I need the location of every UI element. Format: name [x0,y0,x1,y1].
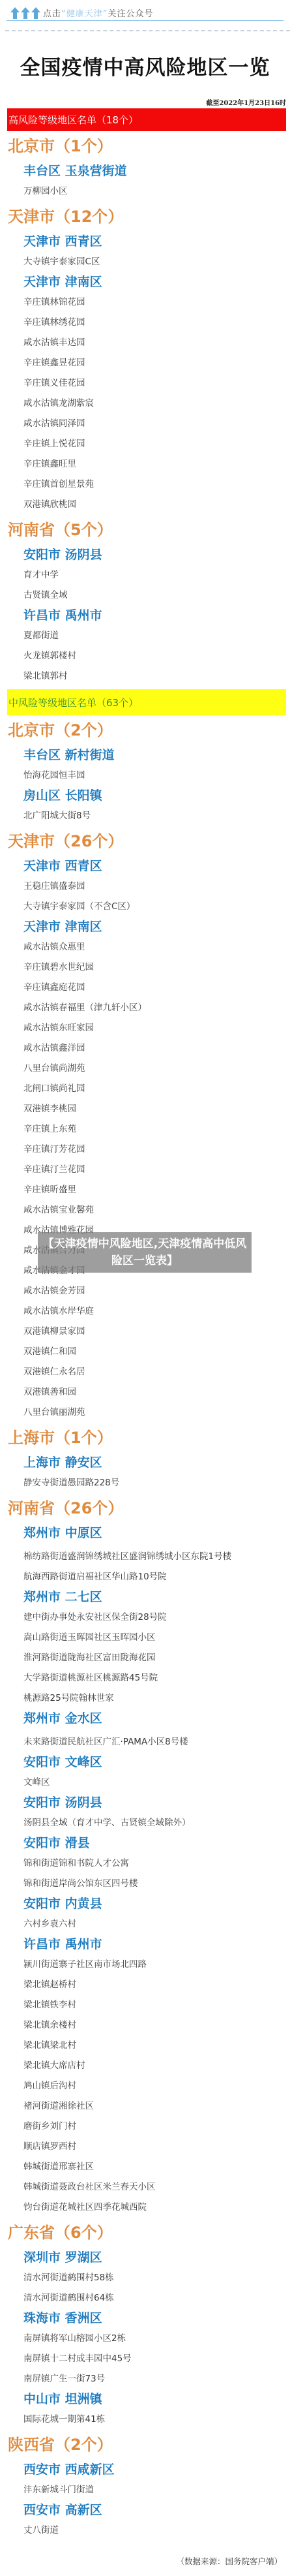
list-item: 夏都街道 [0,626,290,646]
district-heading: 西安市 高新区 [0,2500,290,2521]
arrow-up-icon [31,7,40,19]
province-heading: 河南省（26个） [0,1493,290,1523]
list-item: 辛庄镇鑫旺里 [0,454,290,474]
list-item: 棉纺路街道盛润锦绣城社区盛润锦绣城小区东院1号楼 [0,1544,290,1567]
district-heading: 天津市 西青区 [0,856,290,877]
list-item: 南屏镇将军山榕园小区2栋 [0,2329,290,2349]
district-heading: 安阳市 内黄县 [0,1894,290,1914]
list-item: 辛庄镇林锦花园 [0,292,290,313]
district-heading: 安阳市 滑县 [0,1833,290,1854]
district-heading: 丰台区 新村街道 [0,745,290,766]
district-heading: 上海市 静安区 [0,1453,290,1473]
caption-overlay: 【天津疫情中风险地区,天津疫情高中低风险区一览表】 [38,1232,252,1273]
list-item: 大寺镇宇泰家园C区 [0,252,290,272]
district-heading: 郑州市 二七区 [0,1587,290,1607]
province-heading: 上海市（1个） [0,1423,290,1453]
list-item: 古贤镇全域 [0,585,290,606]
mid-risk-banner: 中风险等级地区名单（63个） [7,689,286,715]
list-item: 辛庄镇汀兰花园 [0,1160,290,1180]
list-item: 万柳园小区 [0,181,290,202]
list-item: 大寺镇宇泰家园（不含C区） [0,897,290,917]
province-heading: 河南省（5个） [0,515,290,545]
mid-risk-section: 中风险等级地区名单（63个） 北京市（2个）丰台区 新村街道怡海花园恒丰园房山区… [0,689,290,2541]
list-item: 南屏镇广生一街73号 [0,2369,290,2389]
list-item: 清水河街道鹤围村64栋 [0,2288,290,2308]
high-risk-banner: 高风险等级地区名单（18个） [7,108,286,131]
list-item: 八里台镇尚湖苑 [0,1059,290,1079]
follow-suffix: 关注公众号 [108,7,154,19]
dashed-divider [5,30,290,31]
list-item: 咸水沽镇春福里（津九轩小区） [0,998,290,1018]
list-item: 咸水沽镇众惠里 [0,937,290,957]
list-item: 双港镇仁和园 [0,1342,290,1362]
list-item: 鸠山镇后沟村 [0,2076,290,2096]
list-item: 辛庄镇鑫昱花园 [0,353,290,373]
district-heading: 郑州市 金水区 [0,1709,290,1729]
list-item: 咸水沽镇丰达园 [0,333,290,353]
list-item: 梁北镇郭村 [0,666,290,687]
data-source-note: （数据来源：国务院客户端） [0,2555,282,2576]
province-heading: 天津市（26个） [0,826,290,856]
district-heading: 许昌市 禹州市 [0,606,290,626]
list-item: 咸水沽镇同泽园 [0,414,290,434]
list-item: 锦和街道岸尚公馆东区四号楼 [0,1874,290,1894]
list-item: 建中街办事处永安社区保全街28号院 [0,1607,290,1628]
district-heading: 丰台区 玉泉营街道 [0,161,290,181]
follow-account-link[interactable]: “健康天津” [61,7,108,19]
list-item: 北广阳城大街8号 [0,806,290,826]
list-item: 咸水沽镇鑫洋园 [0,1038,290,1059]
arrow-up-icon [21,7,30,19]
list-item: 辛庄镇上东苑 [0,1119,290,1140]
list-item: 咸水沽镇金芳园 [0,1281,290,1301]
list-item: 航海西路街道启福社区华山路10号院 [0,1567,290,1587]
district-heading: 中山市 坦洲镇 [0,2389,290,2410]
list-item: 褚河街道湘徐社区 [0,2096,290,2117]
province-heading: 陕西省（2个） [0,2430,290,2460]
list-item: 双港镇仁永名居 [0,1362,290,1382]
list-item: 磨街乡刘门村 [0,2117,290,2137]
list-item: 汤阴县全域（育才中学、古贤镇全域除外） [0,1813,290,1833]
list-item: 顺店镇罗西村 [0,2137,290,2157]
district-heading: 天津市 津南区 [0,917,290,937]
list-item: 咸水沽镇龙湖紫宸 [0,394,290,414]
list-item: 双港镇柳景家园 [0,1322,290,1342]
list-item: 南屏镇十二村成丰园中45号 [0,2349,290,2369]
district-heading: 安阳市 汤阴县 [0,1793,290,1813]
follow-prefix: 点击 [43,7,61,19]
list-item: 辛庄镇汀芳花园 [0,1140,290,1160]
arrow-group [10,7,40,19]
list-item: 双港镇李桃园 [0,1099,290,1119]
list-item: 育才中学 [0,565,290,585]
list-item: 辛庄镇上悦花园 [0,434,290,454]
list-item: 颍川街道寨子社区南市场北四路 [0,1955,290,1975]
list-item: 锦和街道锦和书院人才公寓 [0,1854,290,1874]
list-item: 丈八街道 [0,2521,290,2541]
list-item: 梁北镇铁李村 [0,1995,290,2015]
list-item: 王稳庄镇盛泰园 [0,877,290,897]
arrow-up-icon [10,7,20,19]
as-of-timestamp: 截至2022年1月23日16时 [0,97,286,107]
follow-bar[interactable]: 点击 “健康天津” 关注公众号 [7,0,283,21]
page-title: 全国疫情中高风险地区一览 [0,51,290,80]
list-item: 双港镇欣桃园 [0,495,290,515]
list-item: 梁北镇大席店村 [0,2056,290,2076]
high-risk-section: 高风险等级地区名单（18个） 北京市（1个）丰台区 玉泉营街道万柳园小区天津市（… [0,108,290,687]
list-item: 八里台镇丽湖苑 [0,1403,290,1423]
list-item: 韩城街道邢寨社区 [0,2157,290,2177]
list-item: 六村乡袁六村 [0,1914,290,1934]
list-item: 静安寺街道愚园路228号 [0,1473,290,1493]
list-item: 咸水沽镇水岸华庭 [0,1301,290,1322]
list-item: 淮河路街道陇海社区富田陇海花园 [0,1648,290,1668]
district-heading: 深圳市 罗湖区 [0,2248,290,2268]
list-item: 钧台街道花城社区四季花城西院 [0,2197,290,2218]
district-heading: 天津市 津南区 [0,272,290,292]
list-item: 双港镇善和园 [0,1382,290,1403]
province-heading: 天津市（12个） [0,202,290,232]
list-item: 北闸口镇尚礼园 [0,1079,290,1099]
district-heading: 房山区 长阳镇 [0,786,290,806]
list-item: 怡海花园恒丰园 [0,766,290,786]
district-heading: 天津市 西青区 [0,232,290,252]
district-heading: 安阳市 汤阴县 [0,545,290,565]
list-item: 桃源路25号院翰林世家 [0,1688,290,1709]
list-item: 嵩山路街道玉晖园社区玉晖园小区 [0,1628,290,1648]
list-item: 韩城街道聂政台社区米兰春天小区 [0,2177,290,2197]
list-item: 火龙镇郭楼村 [0,646,290,666]
province-heading: 北京市（2个） [0,715,290,745]
list-item: 辛庄镇碧水世纪园 [0,957,290,978]
list-item: 清水河街道鹤围村58栋 [0,2268,290,2288]
list-item: 梁北镇赵桥村 [0,1975,290,1995]
list-item: 辛庄镇鑫庭花园 [0,978,290,998]
district-heading: 西安市 西咸新区 [0,2460,290,2480]
district-heading: 珠海市 香洲区 [0,2308,290,2329]
province-heading: 广东省（6个） [0,2218,290,2248]
list-item: 辛庄镇首创星景苑 [0,474,290,495]
mid-risk-list: 北京市（2个）丰台区 新村街道怡海花园恒丰园房山区 长阳镇北广阳城大街8号天津市… [0,715,290,2541]
list-item: 大学路街道桃源社区桃源路45号院 [0,1668,290,1688]
list-item: 沣东新城斗门街道 [0,2480,290,2500]
list-item: 国际花城一期第41栋 [0,2410,290,2430]
list-item: 辛庄镇义佳花园 [0,373,290,394]
district-heading: 许昌市 禹州市 [0,1934,290,1955]
district-heading: 安阳市 文峰区 [0,1752,290,1773]
list-item: 文峰区 [0,1773,290,1793]
district-heading: 郑州市 中原区 [0,1523,290,1544]
high-risk-list: 北京市（1个）丰台区 玉泉营街道万柳园小区天津市（12个）天津市 西青区大寺镇宇… [0,131,290,687]
list-item: 咸水沽镇宝业馨苑 [0,1200,290,1220]
list-item: 梁北镇梁北村 [0,2036,290,2056]
province-heading: 北京市（1个） [0,131,290,161]
list-item: 梁北镇余楼村 [0,2015,290,2036]
list-item: 辛庄镇昕盛里 [0,1180,290,1200]
list-item: 辛庄镇林绣花园 [0,313,290,333]
list-item: 咸水沽镇东旺家园 [0,1018,290,1038]
list-item: 未来路街道民航社区广汇·PAMA小区8号楼 [0,1729,290,1752]
